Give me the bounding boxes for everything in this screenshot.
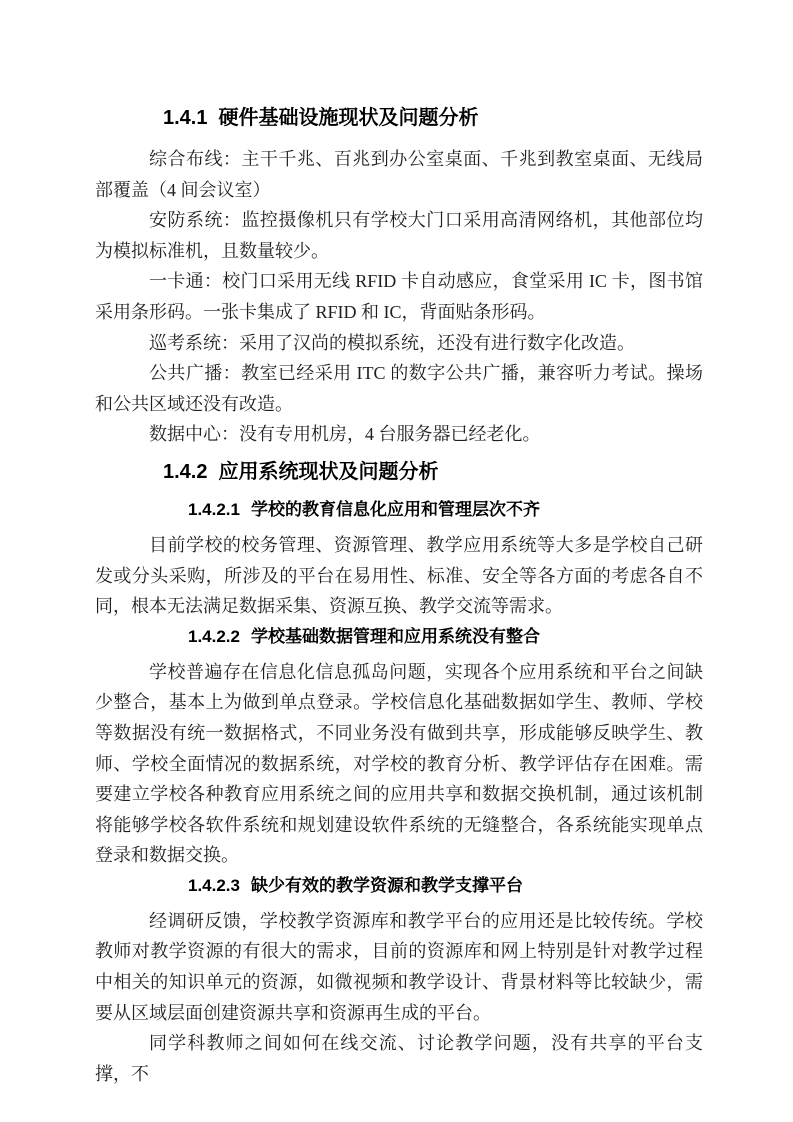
section-heading-1-4-2: 1.4.2应用系统现状及问题分析 [163, 458, 703, 486]
subsection-heading-1-4-2-3: 1.4.2.3缺少有效的教学资源和教学支撑平台 [188, 874, 703, 898]
heading-number: 1.4.1 [163, 104, 207, 132]
heading-text: 学校的教育信息化应用和管理层次不齐 [251, 500, 540, 519]
section-heading-1-4-1: 1.4.1硬件基础设施现状及问题分析 [163, 104, 703, 132]
heading-number: 1.4.2 [163, 458, 207, 486]
body-paragraph: 数据中心：没有专用机房，4 台服务器已经老化。 [95, 419, 703, 450]
body-paragraph: 目前学校的校务管理、资源管理、教学应用系统等大多是学校自己研发或分头采购，所涉及… [95, 530, 703, 622]
body-paragraph: 公共广播：教室已经采用 ITC 的数字公共广播，兼容听力考试。操场和公共区域还没… [95, 358, 703, 419]
document-content: 1.4.1硬件基础设施现状及问题分析 综合布线：主干千兆、百兆到办公室桌面、千兆… [95, 96, 703, 1089]
body-paragraph: 安防系统：监控摄像机只有学校大门口采用高清网络机，其他部位均为模拟标准机，且数量… [95, 205, 703, 266]
subsection-heading-1-4-2-1: 1.4.2.1学校的教育信息化应用和管理层次不齐 [188, 498, 703, 522]
body-paragraph: 同学科教师之间如何在线交流、讨论教学问题，没有共享的平台支撑，不 [95, 1028, 703, 1089]
body-paragraph: 经调研反馈，学校教学资源库和教学平台的应用还是比较传统。学校教师对教学资源的有很… [95, 906, 703, 1028]
body-paragraph: 巡考系统：采用了汉尚的模拟系统，还没有进行数字化改造。 [95, 328, 703, 359]
heading-number: 1.4.2.3 [188, 874, 240, 898]
heading-text: 应用系统现状及问题分析 [218, 461, 438, 483]
subsection-heading-1-4-2-2: 1.4.2.2学校基础数据管理和应用系统没有整合 [188, 625, 703, 649]
heading-text: 硬件基础设施现状及问题分析 [218, 107, 478, 129]
body-paragraph: 综合布线：主干千兆、百兆到办公室桌面、千兆到教室桌面、无线局部覆盖（4 间会议室… [95, 144, 703, 205]
heading-text: 学校基础数据管理和应用系统没有整合 [251, 627, 540, 646]
heading-number: 1.4.2.1 [188, 498, 240, 522]
body-paragraph: 学校普遍存在信息化信息孤岛问题，实现各个应用系统和平台之间缺少整合，基本上为做到… [95, 657, 703, 871]
heading-text: 缺少有效的教学资源和教学支撑平台 [251, 876, 523, 895]
body-paragraph: 一卡通：校门口采用无线 RFID 卡自动感应，食堂采用 IC 卡，图书馆采用条形… [95, 266, 703, 327]
heading-number: 1.4.2.2 [188, 625, 240, 649]
document-page: 1.4.1硬件基础设施现状及问题分析 综合布线：主干千兆、百兆到办公室桌面、千兆… [0, 0, 793, 1122]
